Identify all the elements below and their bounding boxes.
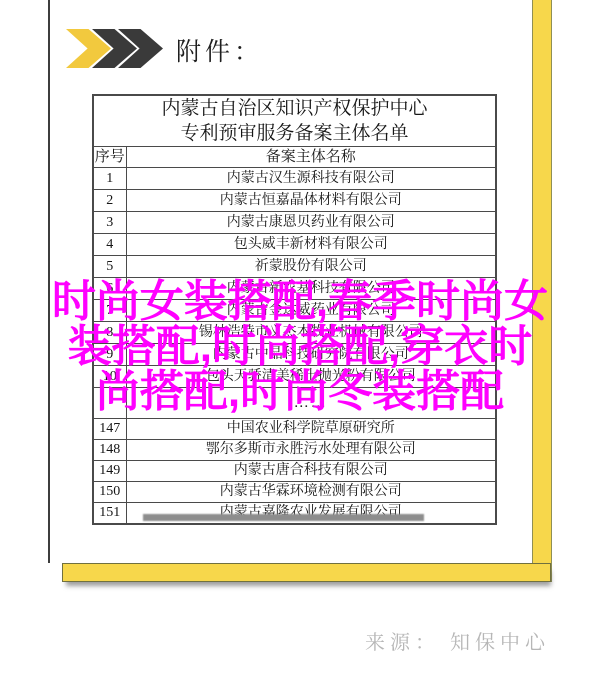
row-number-cell: 151: [93, 503, 126, 525]
table-title: 内蒙古自治区知识产权保护中心 专利预审服务备案主体名单: [93, 95, 496, 147]
column-header-name: 备案主体名称: [126, 147, 496, 168]
source-caption: 来源： 知保中心: [365, 626, 550, 655]
table-row: 1内蒙古汉生源科技有限公司: [93, 168, 496, 190]
table-drop-shadow: [143, 514, 424, 521]
table-row: 150内蒙古华霖环境检测有限公司: [93, 482, 496, 503]
company-name-cell: 内蒙古汉生源科技有限公司: [126, 168, 496, 190]
watermark-line: 装搭配,时尚搭配,穿衣时: [0, 324, 600, 369]
row-number-cell: 2: [93, 190, 126, 212]
company-name-cell: 祈蒙股份有限公司: [126, 256, 496, 278]
table-title-line2: 专利预审服务备案主体名单: [94, 121, 495, 146]
row-number-cell: 3: [93, 212, 126, 234]
watermark-line: 尚搭配,时尚冬装搭配: [0, 369, 600, 414]
row-number-cell: 1: [93, 168, 126, 190]
watermark-line: 时尚女装搭配,春季时尚女: [0, 279, 600, 324]
company-name-cell: 内蒙古康恩贝药业有限公司: [126, 212, 496, 234]
yellow-frame-horizontal-bar: [62, 563, 551, 582]
table-title-line1: 内蒙古自治区知识产权保护中心: [94, 96, 495, 121]
table-row: 148鄂尔多斯市永胜污水处理有限公司: [93, 440, 496, 461]
row-number-cell: 148: [93, 440, 126, 461]
row-number-cell: 149: [93, 461, 126, 482]
table-row: 149内蒙古唐合科技有限公司: [93, 461, 496, 482]
table-row: 147中国农业科学院草原研究所: [93, 419, 496, 440]
table-row: 2内蒙古恒嘉晶体材料有限公司: [93, 190, 496, 212]
chevron-group: [66, 29, 163, 68]
company-name-cell: 内蒙古唐合科技有限公司: [126, 461, 496, 482]
row-number-cell: 4: [93, 234, 126, 256]
table-header-row: 序号 备案主体名称: [93, 147, 496, 168]
row-number-cell: 147: [93, 419, 126, 440]
table-row: 5祈蒙股份有限公司: [93, 256, 496, 278]
company-name-cell: 中国农业科学院草原研究所: [126, 419, 496, 440]
watermark-text: 时尚女装搭配,春季时尚女装搭配,时尚搭配,穿衣时尚搭配,时尚冬装搭配: [0, 279, 600, 414]
column-header-no: 序号: [93, 147, 126, 168]
row-number-cell: 150: [93, 482, 126, 503]
row-number-cell: 5: [93, 256, 126, 278]
table-row: 4包头威丰新材料有限公司: [93, 234, 496, 256]
company-name-cell: 鄂尔多斯市永胜污水处理有限公司: [126, 440, 496, 461]
attachment-heading: 附件：: [176, 32, 263, 68]
company-name-cell: 内蒙古恒嘉晶体材料有限公司: [126, 190, 496, 212]
table-row: 3内蒙古康恩贝药业有限公司: [93, 212, 496, 234]
company-name-cell: 包头威丰新材料有限公司: [126, 234, 496, 256]
company-name-cell: 内蒙古华霖环境检测有限公司: [126, 482, 496, 503]
table-title-row: 内蒙古自治区知识产权保护中心 专利预审服务备案主体名单: [93, 95, 496, 147]
